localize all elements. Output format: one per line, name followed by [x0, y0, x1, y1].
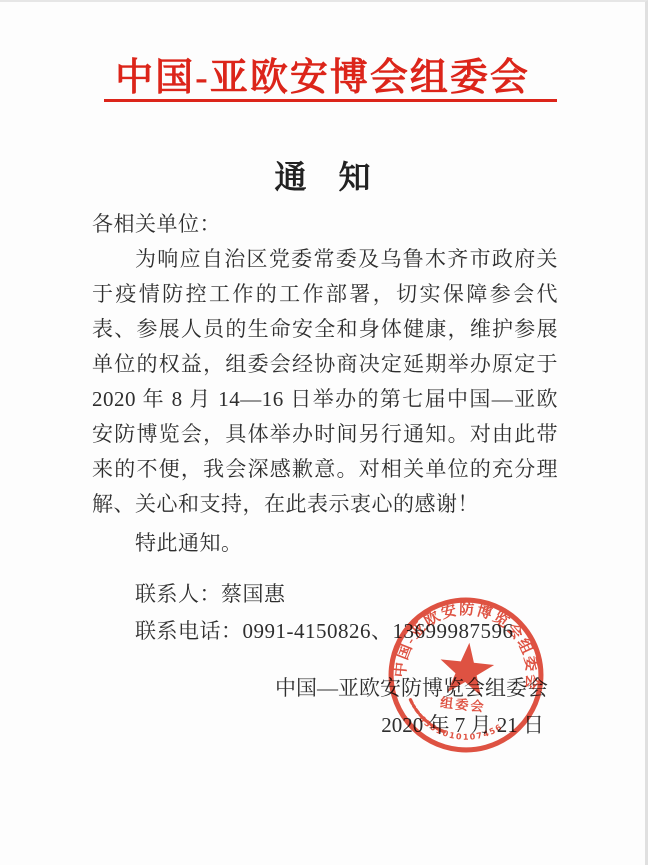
official-seal-stamp: 中国-亚欧安防博览会组委会 6501010107456 组委会 — [377, 586, 555, 764]
document-title: 通 知 — [0, 152, 645, 198]
seal-center-text: 组委会 — [439, 694, 486, 715]
notice-document: 中国-亚欧安博会组委会 通 知 各相关单位： 为响应自治区党委常委及乌鲁木齐市政… — [0, 0, 648, 865]
salutation: 各相关单位： — [92, 207, 558, 242]
notice-body: 各相关单位： 为响应自治区党委常委及乌鲁木齐市政府关于疫情防控工作的工作部署，切… — [92, 207, 558, 649]
seal-star-icon — [437, 640, 496, 697]
body-paragraph: 为响应自治区党委常委及乌鲁木齐市政府关于疫情防控工作的工作部署，切实保障参会代表… — [92, 242, 558, 522]
closing-phrase: 特此通知。 — [92, 526, 558, 561]
letterhead-underline — [104, 99, 557, 102]
letterhead-title: 中国-亚欧安博会组委会 — [0, 46, 645, 101]
